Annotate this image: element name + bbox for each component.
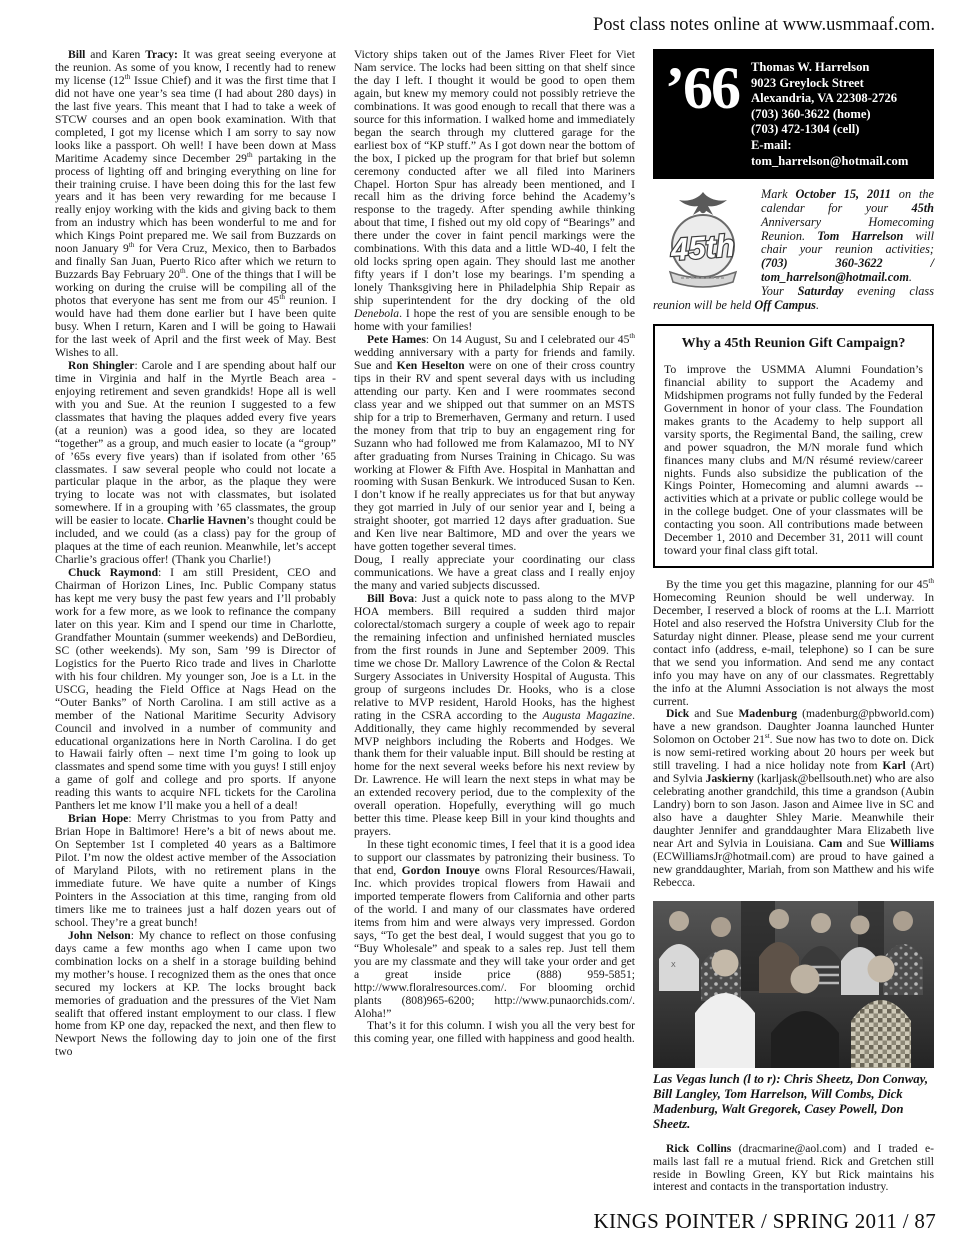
contact-line: Thomas W. Harrelson [751, 60, 924, 76]
svg-text:X: X [671, 962, 676, 969]
after-photo-notes: Rick Collins (dracmarine@aol.com) and I … [653, 1143, 934, 1195]
anniversary-notice: 45th Mark October 15, 2011 on the calend… [653, 188, 934, 312]
eagle-icon [679, 192, 727, 215]
right-column-notes: By the time you get this magazine, plann… [653, 579, 934, 890]
contact-line: E-mail: tom_harrelson@hotmail.com [751, 138, 924, 169]
paragraph: Doug, I really appreciate your coordinat… [354, 554, 635, 593]
gift-campaign-title: Why a 45th Reunion Gift Campaign? [664, 336, 923, 352]
paragraph: Brian Hope: Merry Christmas to you from … [55, 813, 336, 930]
svg-text:45th: 45th [669, 228, 736, 267]
paragraph: Rick Collins (dracmarine@aol.com) and I … [653, 1143, 934, 1195]
class-year-label: ’66 [665, 60, 739, 117]
column-left: Bill and Karen Tracy: It was great seein… [55, 49, 336, 1194]
magazine-page: Post class notes online at www.usmmaaf.c… [0, 0, 960, 1246]
paragraph: Victory ships taken out of the James Riv… [354, 49, 635, 334]
class-66-contact-box: ’66 Thomas W. Harrelson9023 Greylock Str… [653, 49, 934, 179]
contact-line: Alexandria, VA 22308-2726 [751, 91, 924, 107]
paragraph: That’s it for this column. I wish you al… [354, 1020, 635, 1046]
group-photo: X [653, 901, 934, 1068]
photo-caption: Las Vegas lunch (l to r): Chris Sheetz, … [653, 1072, 934, 1133]
paragraph: Chuck Raymond: I am still President, CEO… [55, 567, 336, 813]
paragraph: Pete Hames: On 14 August, Su and I celeb… [354, 334, 635, 554]
45th-anniversary-crest-icon: 45th [653, 190, 753, 292]
paragraph: Bill and Karen Tracy: It was great seein… [55, 49, 336, 360]
paragraph: Bill Bova: Just a quick note to pass alo… [354, 593, 635, 839]
column-layout: Bill and Karen Tracy: It was great seein… [55, 49, 935, 1194]
gift-campaign-body: To improve the USMMA Alumni Foundation’s… [664, 363, 923, 557]
contact-line: (703) 360-3622 (home) [751, 107, 924, 123]
gift-campaign-box: Why a 45th Reunion Gift Campaign? To imp… [653, 324, 934, 568]
page-footer: KINGS POINTER / SPRING 2011 / 87 [593, 1209, 936, 1234]
contact-line: 9023 Greylock Street [751, 76, 924, 92]
class-contact-lines: Thomas W. Harrelson9023 Greylock StreetA… [751, 58, 924, 169]
column-middle: Victory ships taken out of the James Riv… [354, 49, 635, 1194]
paragraph: In these tight economic times, I feel th… [354, 839, 635, 1020]
paragraph: Dick and Sue Madenburg (madenburg@pbworl… [653, 708, 934, 889]
contact-line: (703) 472-1304 (cell) [751, 122, 924, 138]
column-right: ’66 Thomas W. Harrelson9023 Greylock Str… [653, 49, 934, 1194]
paragraph: By the time you get this magazine, plann… [653, 579, 934, 709]
paragraph: John Nelson: My chance to reflect on tho… [55, 930, 336, 1060]
paragraph: Ron Shingler: Carole and I are spending … [55, 360, 336, 567]
masthead-note: Post class notes online at www.usmmaaf.c… [55, 14, 935, 36]
